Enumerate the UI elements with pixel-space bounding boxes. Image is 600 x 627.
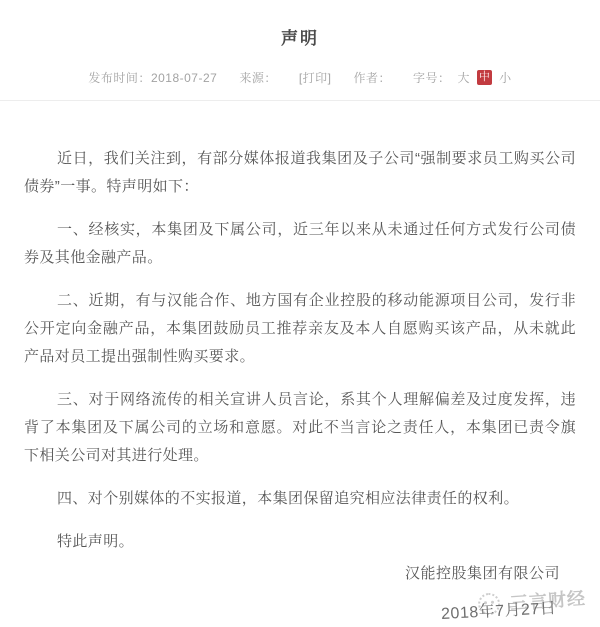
source-label: 来源： <box>239 69 277 86</box>
publish-time-group: 发布时间： 2018-07-27 <box>88 69 217 86</box>
font-size-group: 字号： 大 中 小 <box>413 69 512 86</box>
source-group: 来源： <box>239 69 277 86</box>
statement-paragraph-4: 四、对个别媒体的不实报道，本集团保留追究相应法律责任的权利。 <box>24 485 576 513</box>
statement-body: 近日，我们关注到，有部分媒体报道我集团及子公司“强制要求员工购买公司债券”一事。… <box>0 145 600 556</box>
font-size-medium-button[interactable]: 中 <box>477 70 492 85</box>
meta-bar: 发布时间： 2018-07-27 来源： [打印] 作者： 字号： 大 中 小 <box>0 69 600 86</box>
statement-paragraph-3: 三、对于网络流传的相关宣讲人员言论，系其个人理解偏差及过度发挥，违背了本集团及下… <box>24 386 576 470</box>
statement-paragraph-closing: 特此声明。 <box>24 528 576 556</box>
header-divider <box>0 100 600 101</box>
publish-time-label: 发布时间： <box>88 69 151 86</box>
print-group: [打印] <box>299 69 332 86</box>
print-button[interactable]: [打印] <box>299 69 332 86</box>
author-label: 作者： <box>354 69 392 86</box>
statement-paragraph-2: 二、近期，有与汉能合作、地方国有企业控股的移动能源项目公司，发行非公开定向金融产… <box>24 287 576 371</box>
statement-paragraph-intro: 近日，我们关注到，有部分媒体报道我集团及子公司“强制要求员工购买公司债券”一事。… <box>24 145 576 201</box>
signature-company: 汉能控股集团有限公司 <box>405 562 560 583</box>
font-size-small-button[interactable]: 小 <box>499 69 512 86</box>
font-size-label: 字号： <box>413 69 451 86</box>
publish-time-value: 2018-07-27 <box>151 71 217 85</box>
statement-page: 声明 发布时间： 2018-07-27 来源： [打印] 作者： 字号： 大 中… <box>0 0 600 627</box>
author-group: 作者： <box>354 69 392 86</box>
statement-paragraph-1: 一、经核实，本集团及下属公司，近三年以来从未通过任何方式发行公司债券及其他金融产… <box>24 216 576 272</box>
signature-date: 2018年7月27日 <box>440 595 556 624</box>
page-title: 声明 <box>0 0 600 49</box>
font-size-large-button[interactable]: 大 <box>458 69 471 86</box>
